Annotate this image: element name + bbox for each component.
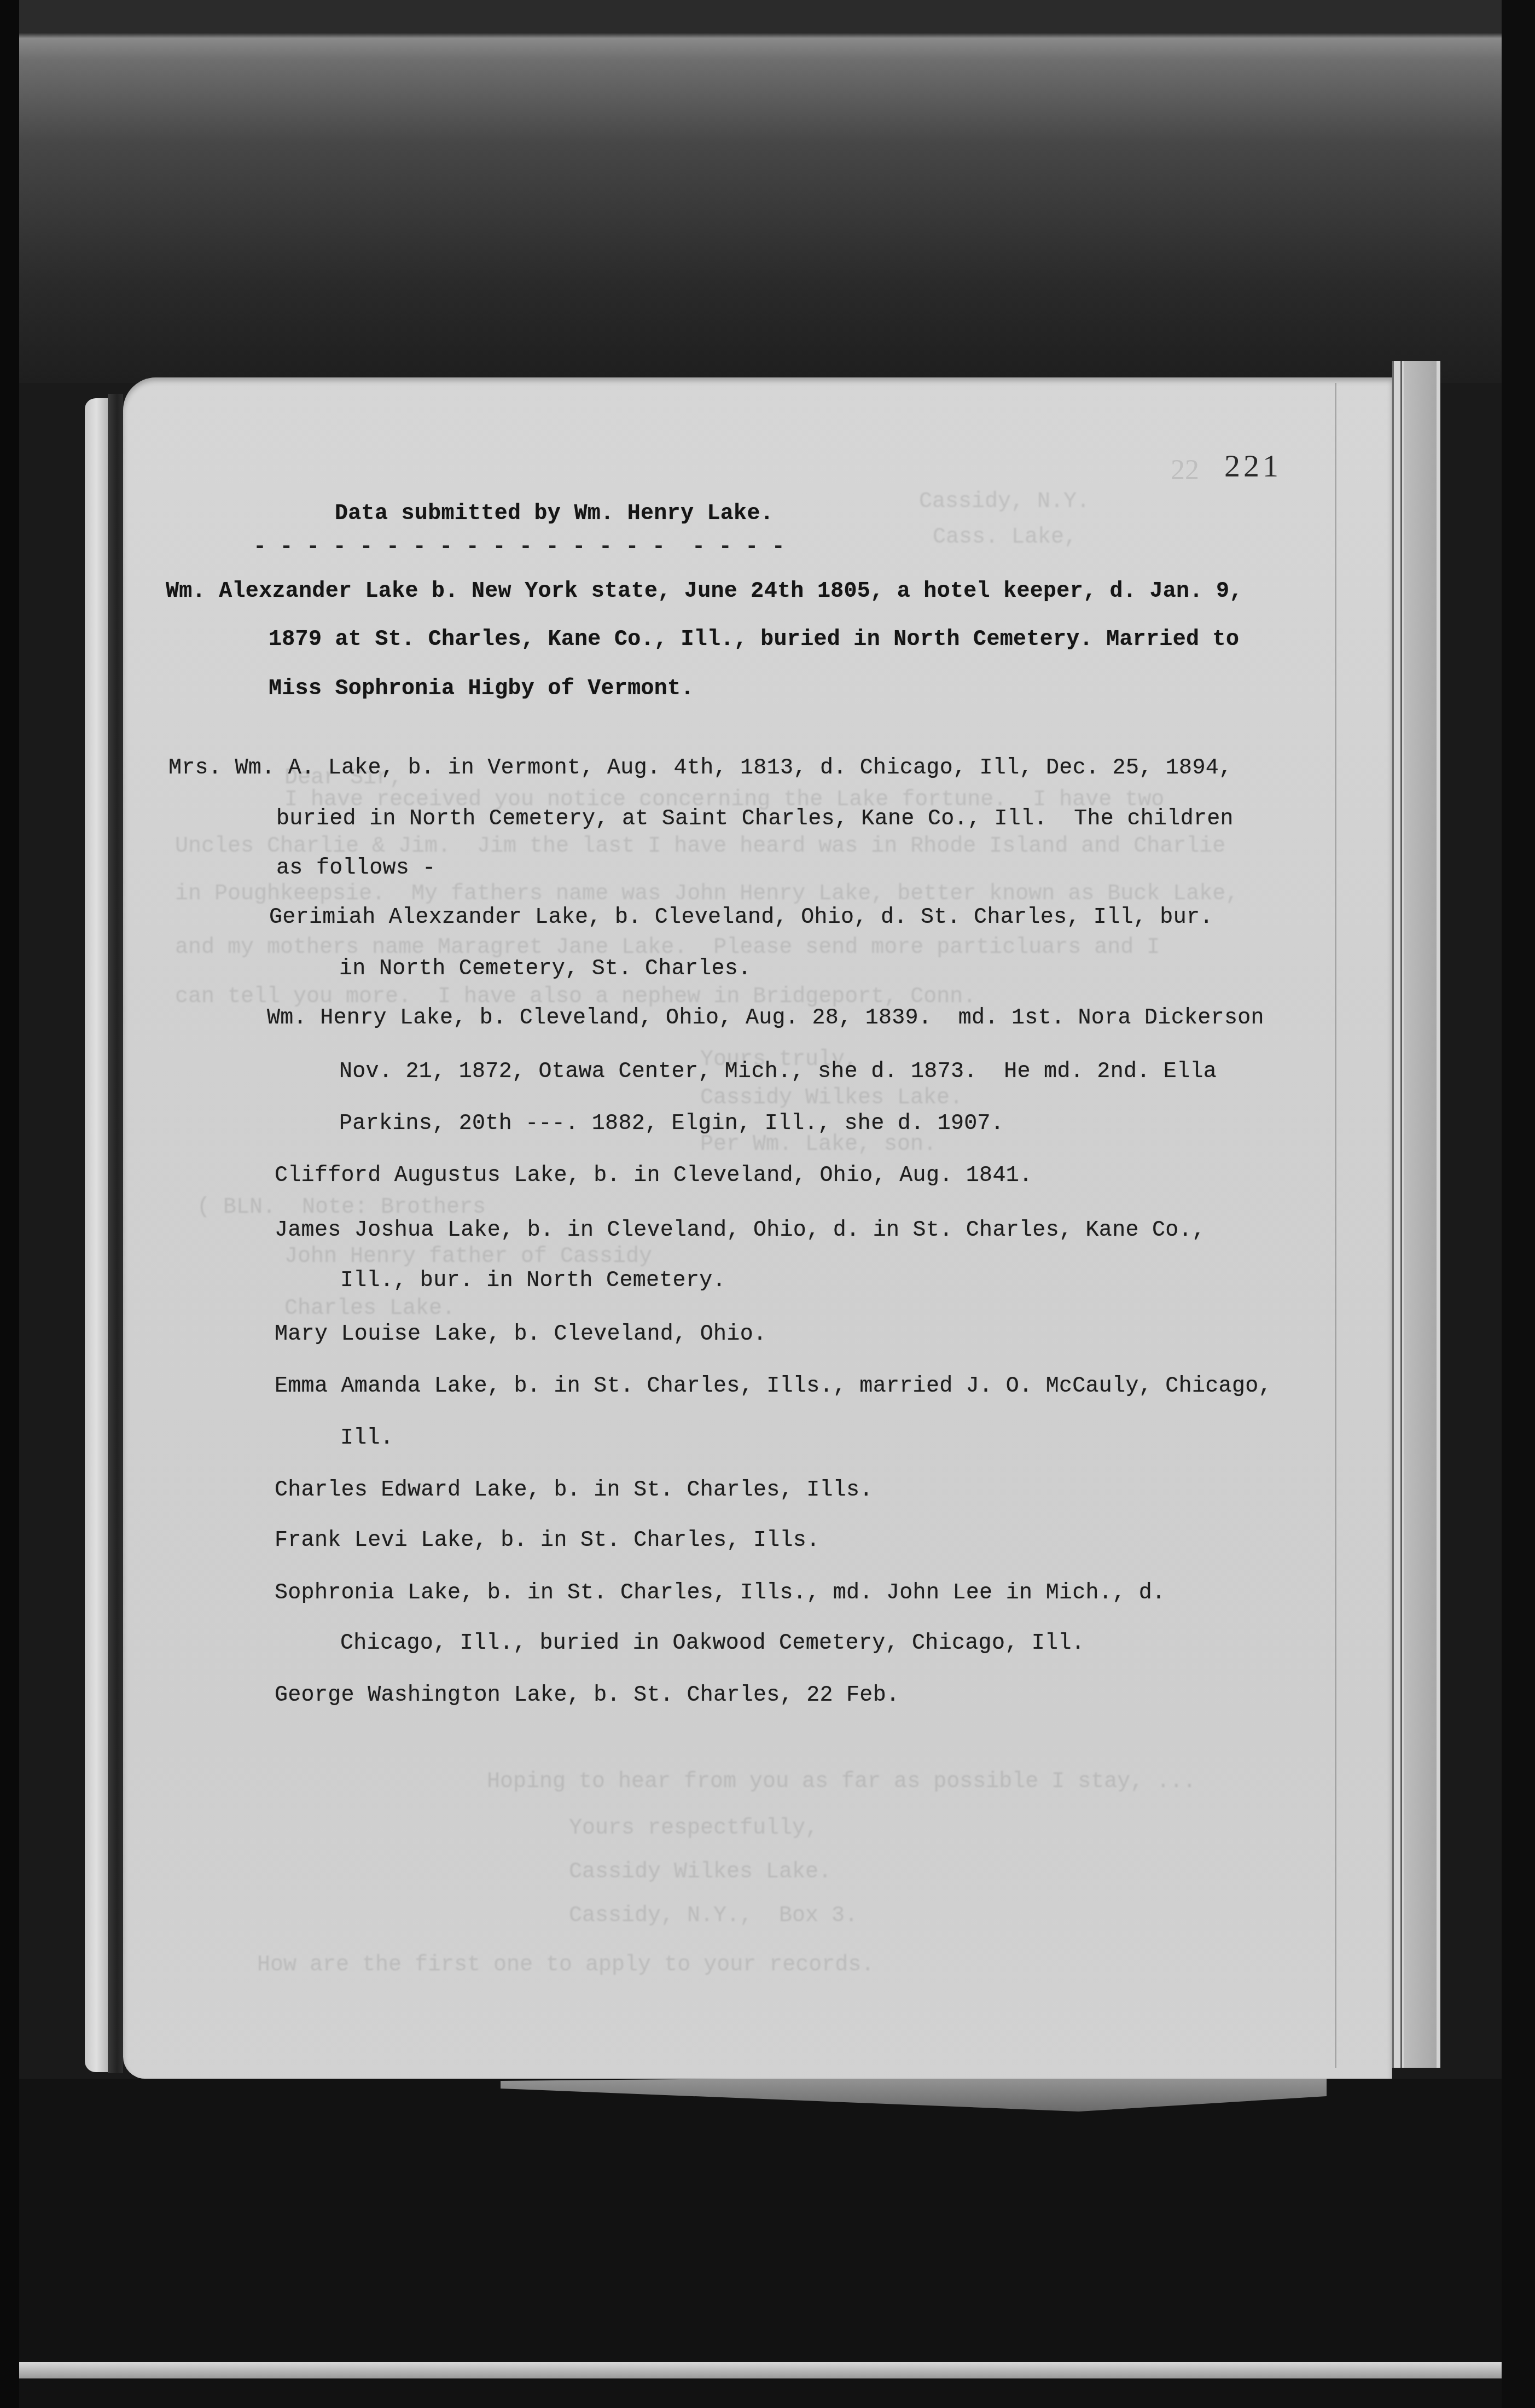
paragraph-line: Wm. Alexzander Lake b. New York state, J…: [166, 581, 1243, 603]
child-entry-line: Frank Levi Lake, b. in St. Charles, Ills…: [275, 1530, 819, 1552]
microfilm-edge-strip: [0, 2362, 1515, 2378]
child-entry-line: Sophronia Lake, b. in St. Charles, Ills.…: [275, 1583, 1165, 1604]
page-number: 221: [1224, 447, 1282, 484]
bleed-through-text: Cassidy Wilkes Lake.: [700, 1086, 963, 1110]
child-entry-line: Chicago, Ill., buried in Oakwood Cemeter…: [340, 1633, 1085, 1655]
bleed-through-text: Uncles Charlie & Jim. Jim the last I hav…: [175, 834, 1225, 859]
microfilm-left-edge: [0, 0, 19, 2408]
bleed-through-text: Charles Lake.: [284, 1296, 455, 1321]
bleed-through-text: How are the first one to apply to your r…: [257, 1953, 874, 1977]
paragraph-line: Miss Sophronia Higby of Vermont.: [269, 678, 694, 700]
bleed-through-text: Cass. Lake,: [933, 525, 1077, 550]
heading-underline: - - - - - - - - - - - - - - - - - - - -: [253, 535, 785, 560]
bleed-through-text: in Poughkeepsie. My fathers name was Joh…: [175, 882, 1239, 906]
microfilm-top-border: [0, 0, 1535, 383]
bleed-through-text: John Henry father of Cassidy: [284, 1244, 652, 1269]
page-number-ghost: 22: [1171, 454, 1199, 486]
bleed-through-text: Hoping to hear from you as far as possib…: [487, 1770, 1196, 1794]
child-entry-line: Gerimiah Alexzander Lake, b. Cleveland, …: [269, 907, 1213, 929]
child-entry-line: James Joshua Lake, b. in Cleveland, Ohio…: [275, 1220, 1205, 1242]
microfilm-right-edge: [1502, 0, 1535, 2408]
child-entry-line: Parkins, 20th ---. 1882, Elgin, Ill., sh…: [339, 1113, 1004, 1135]
paragraph-line: 1879 at St. Charles, Kane Co., Ill., bur…: [269, 629, 1239, 651]
bleed-through-text: Cassidy Wilkes Lake.: [569, 1860, 832, 1884]
bleed-through-text: ( BLN. Note: Brothers: [197, 1195, 486, 1220]
child-entry-line: in North Cemetery, St. Charles.: [339, 958, 751, 980]
child-entry-line: Emma Amanda Lake, b. in St. Charles, Ill…: [275, 1376, 1272, 1398]
child-entry-line: Clifford Augustus Lake, b. in Cleveland,…: [275, 1165, 1032, 1187]
bleed-through-text: Cassidy, N.Y.: [919, 490, 1090, 514]
child-entry-line: Charles Edward Lake, b. in St. Charles, …: [275, 1480, 873, 1502]
child-entry-line: Nov. 21, 1872, Otawa Center, Mich., she …: [339, 1061, 1217, 1083]
bleed-through-text: Yours respectfully,: [569, 1816, 818, 1841]
paragraph-line: buried in North Cemetery, at Saint Charl…: [276, 809, 1234, 830]
book-binding-edge: [85, 398, 108, 2072]
child-entry-line: Ill., bur. in North Cemetery.: [340, 1270, 726, 1292]
page-fold-line: [1335, 383, 1336, 2068]
bleed-through-text: Cassidy, N.Y., Box 3.: [569, 1904, 858, 1928]
page-stack-line: [1400, 361, 1402, 2068]
child-entry-line: George Washington Lake, b. St. Charles, …: [275, 1685, 899, 1707]
book-gutter: [108, 394, 123, 2073]
document-heading: Data submitted by Wm. Henry Lake.: [335, 503, 774, 525]
page-stack-shade: [1404, 361, 1437, 2068]
page-stack: [1392, 361, 1440, 2068]
microfilm-bottom-border: [0, 2079, 1535, 2408]
paragraph-line: Mrs. Wm. A. Lake, b. in Vermont, Aug. 4t…: [168, 758, 1232, 780]
child-entry-line: Wm. Henry Lake, b. Cleveland, Ohio, Aug.…: [267, 1008, 1264, 1029]
paragraph-line: as follows -: [276, 858, 436, 880]
child-entry-line: Ill.: [340, 1428, 393, 1450]
child-entry-line: Mary Louise Lake, b. Cleveland, Ohio.: [275, 1324, 766, 1346]
